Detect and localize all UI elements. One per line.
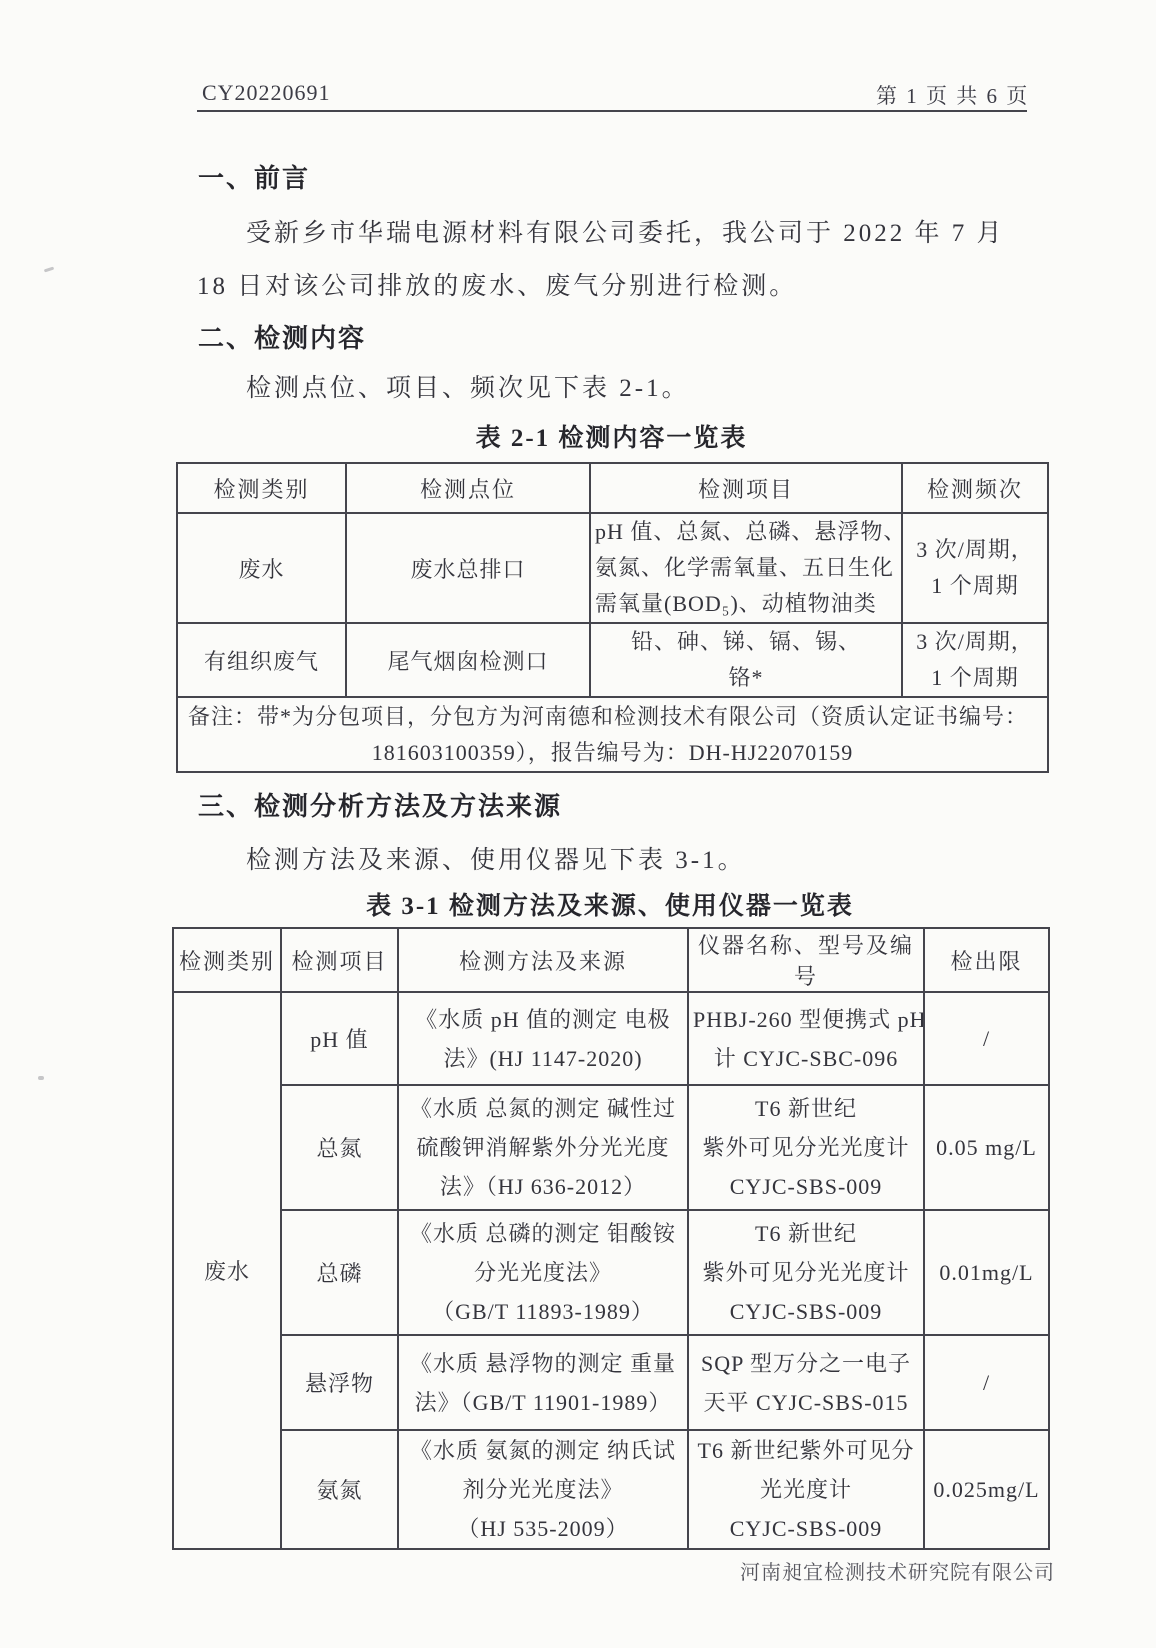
section-1-paragraph-line-2: 18 日对该公司排放的废水、废气分别进行检测。	[197, 266, 797, 302]
section-2-title: 二、检测内容	[198, 318, 366, 355]
t31-row-suspended-solids: 悬浮物 《水质 悬浮物的测定 重量 法》（GB/T 11901-1989） SQ…	[173, 1335, 1049, 1430]
t31-ph-method-line: 《水质 pH 值的测定 电极	[403, 1000, 683, 1039]
section-1-title: 一、前言	[198, 158, 310, 195]
t31-an-method-line: （HJ 535-2009）	[403, 1509, 683, 1548]
t31-tp-instrument-line: T6 新世纪	[693, 1214, 919, 1253]
t21-gas-frequency-line: 1 个周期	[907, 660, 1043, 696]
t21-gas-point: 尾气烟囱检测口	[346, 623, 590, 697]
t31-an-instrument: T6 新世纪紫外可见分 光光度计 CYJC-SBS-009	[688, 1430, 924, 1549]
t31-ph-method-line: 法》(HJ 1147-2020)	[403, 1039, 683, 1078]
t31-ph-item: pH 值	[281, 992, 398, 1085]
t31-an-instrument-line: T6 新世纪紫外可见分	[693, 1431, 919, 1470]
t31-tp-instrument-line: CYJC-SBS-009	[693, 1292, 919, 1331]
t31-header-limit: 检出限	[924, 928, 1049, 992]
t21-wastewater-items-line: 氨氮、化学需氧量、五日生化	[595, 550, 897, 586]
t31-an-limit: 0.025mg/L	[924, 1430, 1049, 1549]
t21-row-exhaust-gas: 有组织废气 尾气烟囱检测口 铅、砷、锑、镉、锡、 铬* 3 次/周期， 1 个周…	[177, 623, 1048, 697]
t21-gas-items: 铅、砷、锑、镉、锡、 铬*	[590, 623, 902, 697]
t21-header-point: 检测点位	[346, 463, 590, 513]
table-3-1-title: 表 3-1 检测方法及来源、使用仪器一览表	[172, 886, 1048, 922]
t31-tn-method-line: 法》（HJ 636-2012）	[403, 1167, 683, 1206]
scan-artifact	[44, 267, 54, 273]
t31-tn-instrument-line: T6 新世纪	[693, 1089, 919, 1128]
t31-ph-instrument-line: PHBJ-260 型便携式 pH	[693, 1000, 919, 1039]
t21-wastewater-items-line: 需氧量(BOD₅)、动植物油类	[595, 586, 897, 622]
table-3-1: 检测类别 检测项目 检测方法及来源 仪器名称、型号及编号 检出限 废水 pH 值…	[172, 927, 1050, 1550]
t31-tp-item: 总磷	[281, 1210, 398, 1335]
t31-tp-limit: 0.01mg/L	[924, 1210, 1049, 1335]
t31-ss-method-line: 《水质 悬浮物的测定 重量	[403, 1344, 683, 1383]
t31-tp-method-line: 《水质 总磷的测定 钼酸铵	[403, 1214, 683, 1253]
t31-tn-method-line: 《水质 总氮的测定 碱性过	[403, 1089, 683, 1128]
t31-ss-instrument: SQP 型万分之一电子 天平 CYJC-SBS-015	[688, 1335, 924, 1430]
t31-ph-method: 《水质 pH 值的测定 电极 法》(HJ 1147-2020)	[398, 992, 688, 1085]
t31-row-total-nitrogen: 总氮 《水质 总氮的测定 碱性过 硫酸钾消解紫外分光光度 法》（HJ 636-2…	[173, 1085, 1049, 1210]
t31-tn-method-line: 硫酸钾消解紫外分光光度	[403, 1128, 683, 1167]
t21-remark-row: 备注：带*为分包项目，分包方为河南德和检测技术有限公司（资质认定证书编号： 18…	[177, 697, 1048, 772]
section-1-paragraph-line-1: 受新乡市华瑞电源材料有限公司委托，我公司于 2022 年 7 月	[246, 213, 1005, 249]
section-3-paragraph: 检测方法及来源、使用仪器见下表 3-1。	[246, 840, 746, 876]
t21-wastewater-point: 废水总排口	[346, 513, 590, 623]
t31-ss-instrument-line: SQP 型万分之一电子	[693, 1344, 919, 1383]
t31-an-method-line: 剂分光光度法》	[403, 1470, 683, 1509]
t31-ss-method: 《水质 悬浮物的测定 重量 法》（GB/T 11901-1989）	[398, 1335, 688, 1430]
t31-ss-method-line: 法》（GB/T 11901-1989）	[403, 1383, 683, 1422]
t31-tn-instrument-line: CYJC-SBS-009	[693, 1167, 919, 1206]
t31-tp-instrument-line: 紫外可见分光光度计	[693, 1253, 919, 1292]
t31-row-total-phosphorus: 总磷 《水质 总磷的测定 钼酸铵 分光光度法》 （GB/T 11893-1989…	[173, 1210, 1049, 1335]
t31-tp-method: 《水质 总磷的测定 钼酸铵 分光光度法》 （GB/T 11893-1989）	[398, 1210, 688, 1335]
table-2-1-title: 表 2-1 检测内容一览表	[176, 418, 1047, 454]
t21-header-category: 检测类别	[177, 463, 346, 513]
t21-wastewater-category: 废水	[177, 513, 346, 623]
t31-an-instrument-line: CYJC-SBS-009	[693, 1509, 919, 1548]
t31-tn-method: 《水质 总氮的测定 碱性过 硫酸钾消解紫外分光光度 法》（HJ 636-2012…	[398, 1085, 688, 1210]
t31-an-method: 《水质 氨氮的测定 纳氏试 剂分光光度法》 （HJ 535-2009）	[398, 1430, 688, 1549]
t31-an-method-line: 《水质 氨氮的测定 纳氏试	[403, 1431, 683, 1470]
document-number: CY20220691	[202, 80, 331, 106]
t31-header-category: 检测类别	[173, 928, 281, 992]
t31-ph-instrument: PHBJ-260 型便携式 pH 计 CYJC-SBC-096	[688, 992, 924, 1085]
t21-wastewater-frequency: 3 次/周期， 1 个周期	[902, 513, 1048, 623]
t31-category-wastewater: 废水	[173, 992, 281, 1549]
page-indicator: 第 1 页 共 6 页	[876, 80, 1029, 110]
t31-tn-limit: 0.05 mg/L	[924, 1085, 1049, 1210]
t31-tn-item: 总氮	[281, 1085, 398, 1210]
t31-an-item: 氨氮	[281, 1430, 398, 1549]
t31-header-item: 检测项目	[281, 928, 398, 992]
t31-ss-instrument-line: 天平 CYJC-SBS-015	[693, 1383, 919, 1422]
t21-wastewater-frequency-line: 1 个周期	[907, 568, 1043, 604]
t31-tp-method-line: （GB/T 11893-1989）	[403, 1292, 683, 1331]
t21-remark-line-1: 备注：带*为分包项目，分包方为河南德和检测技术有限公司（资质认定证书编号：	[182, 699, 1043, 735]
t31-header-instrument: 仪器名称、型号及编号	[688, 928, 924, 992]
t21-header-items: 检测项目	[590, 463, 902, 513]
t21-header-row: 检测类别 检测点位 检测项目 检测频次	[177, 463, 1048, 513]
t31-ss-item: 悬浮物	[281, 1335, 398, 1430]
t21-gas-items-line: 铬*	[595, 660, 897, 696]
footer-company-name: 河南昶宜检测技术研究院有限公司	[740, 1556, 1055, 1585]
section-3-title: 三、检测分析方法及方法来源	[198, 786, 562, 823]
t31-ph-instrument-line: 计 CYJC-SBC-096	[693, 1039, 919, 1078]
t31-row-ammonia-nitrogen: 氨氮 《水质 氨氮的测定 纳氏试 剂分光光度法》 （HJ 535-2009） T…	[173, 1430, 1049, 1549]
t31-row-ph: 废水 pH 值 《水质 pH 值的测定 电极 法》(HJ 1147-2020) …	[173, 992, 1049, 1085]
scanned-report-page: CY20220691 第 1 页 共 6 页 一、前言 受新乡市华瑞电源材料有限…	[0, 0, 1156, 1648]
t21-wastewater-items: pH 值、总氮、总磷、悬浮物、 氨氮、化学需氧量、五日生化 需氧量(BOD₅)、…	[590, 513, 902, 623]
t31-header-row: 检测类别 检测项目 检测方法及来源 仪器名称、型号及编号 检出限	[173, 928, 1049, 992]
t31-tn-instrument: T6 新世纪 紫外可见分光光度计 CYJC-SBS-009	[688, 1085, 924, 1210]
t31-tp-instrument: T6 新世纪 紫外可见分光光度计 CYJC-SBS-009	[688, 1210, 924, 1335]
t21-gas-frequency-line: 3 次/周期，	[907, 624, 1043, 660]
scan-artifact	[38, 1076, 44, 1080]
t21-row-wastewater: 废水 废水总排口 pH 值、总氮、总磷、悬浮物、 氨氮、化学需氧量、五日生化 需…	[177, 513, 1048, 623]
t21-wastewater-frequency-line: 3 次/周期，	[907, 532, 1043, 568]
t21-remark-cell: 备注：带*为分包项目，分包方为河南德和检测技术有限公司（资质认定证书编号： 18…	[177, 697, 1048, 772]
t21-gas-items-line: 铅、砷、锑、镉、锡、	[595, 624, 897, 660]
table-2-1: 检测类别 检测点位 检测项目 检测频次 废水 废水总排口 pH 值、总氮、总磷、…	[176, 462, 1049, 773]
section-2-paragraph: 检测点位、项目、频次见下表 2-1。	[246, 368, 690, 404]
t31-ss-limit: /	[924, 1335, 1049, 1430]
t31-header-method: 检测方法及来源	[398, 928, 688, 992]
t21-header-frequency: 检测频次	[902, 463, 1048, 513]
t21-gas-category: 有组织废气	[177, 623, 346, 697]
t31-tn-instrument-line: 紫外可见分光光度计	[693, 1128, 919, 1167]
t31-an-instrument-line: 光光度计	[693, 1470, 919, 1509]
t21-remark-line-2: 181603100359），报告编号为：DH-HJ22070159	[182, 735, 1043, 771]
t21-wastewater-items-line: pH 值、总氮、总磷、悬浮物、	[595, 514, 897, 550]
t21-gas-frequency: 3 次/周期， 1 个周期	[902, 623, 1048, 697]
t31-tp-method-line: 分光光度法》	[403, 1253, 683, 1292]
t31-ph-limit: /	[924, 992, 1049, 1085]
header-divider	[197, 110, 1027, 112]
